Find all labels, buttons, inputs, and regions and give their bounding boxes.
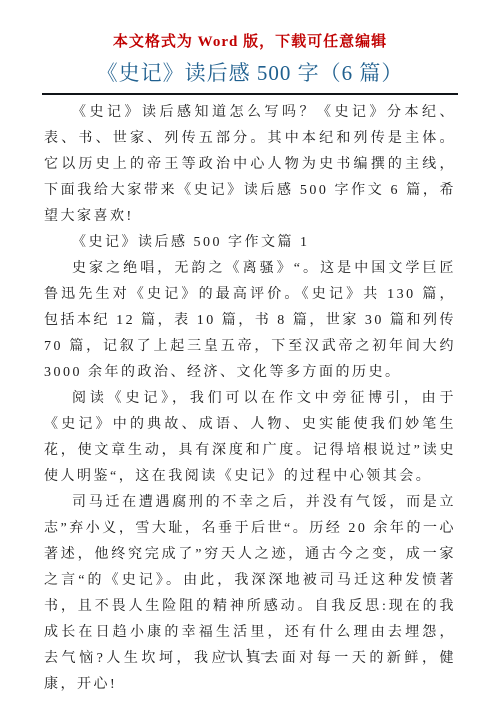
page-number: — 1 — <box>0 645 500 661</box>
document-title: 《史记》读后感 500 字（6 篇） <box>0 57 500 87</box>
word-format-notice: 本文格式为 Word 版，下载可任意编辑 <box>0 30 500 51</box>
document-page: 本文格式为 Word 版，下载可任意编辑 《史记》读后感 500 字（6 篇） … <box>0 0 500 707</box>
body-paragraph: 史家之绝唱，无韵之《离骚》“。这是中国文学巨匠鲁迅先生对《史记》的最高评价。《史… <box>44 256 456 386</box>
body-paragraph: 《史记》读后感知道怎么写吗？《史记》分本纪、表、书、世家、列传五部分。其中本纪和… <box>44 100 456 230</box>
body-paragraph: 阅读《史记》，我们可以在作文中旁征博引，由于《史记》中的典故、成语、人物、史实能… <box>44 386 456 490</box>
title-divider <box>42 93 458 95</box>
document-body: 《史记》读后感知道怎么写吗？《史记》分本纪、表、书、世家、列传五部分。其中本纪和… <box>44 100 456 698</box>
body-paragraph: 《史记》读后感 500 字作文篇 1 <box>44 230 456 256</box>
body-paragraph: 司马迁在遭遇腐刑的不幸之后，并没有气馁，而是立志”弃小义，雪大耻，名垂于后世“。… <box>44 490 456 698</box>
